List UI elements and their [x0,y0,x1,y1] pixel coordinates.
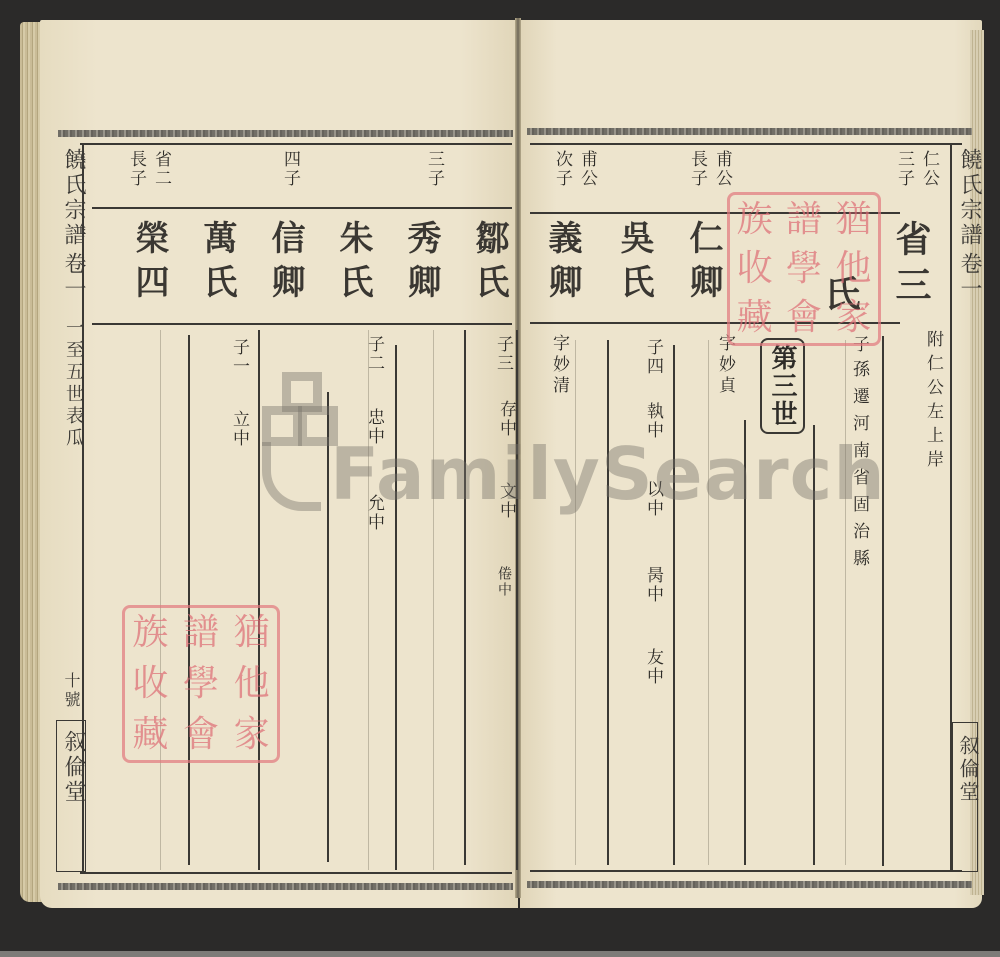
left-top-border [58,130,513,137]
familysearch-watermark: FamilySearch [330,432,886,516]
entry-header: 長子 [688,150,705,188]
column-line [395,345,397,870]
entry-header: 四子 [281,150,298,188]
sons-count: 子三 [494,335,511,373]
left-row1-rule [92,207,512,209]
seal-char: 猶 [234,615,270,651]
seal-char: 他 [835,251,871,287]
person-name: 朱氏 [336,220,370,308]
sons-count: 子二 [365,335,382,373]
seal-char: 藏 [737,300,773,336]
column-line-faint [160,330,161,870]
person-name: 省三 [893,220,929,312]
entry-header: 仁公 [920,150,937,188]
person-name: 榮四 [132,220,166,308]
entry-header: 甫公 [713,150,730,188]
column-line [258,330,260,870]
column-line-faint [433,330,434,870]
seal-char: 家 [835,300,871,336]
collection-seal-stamp: 猶 他 家 譜 學 會 族 收 藏 [122,605,280,763]
right-hall-box [952,722,978,872]
person-name: 吳氏 [617,220,651,308]
person-name: 秀卿 [404,220,438,308]
left-footer-rule [80,872,512,874]
son-name: 友中 [644,648,661,686]
right-margin-volume: 卷一 [954,252,985,302]
column-line [516,330,518,870]
column-line-faint [845,340,846,865]
seal-char: 猶 [835,202,871,238]
entry-header: 甫公 [578,150,595,188]
left-margin-section: 一至五世表瓜 [60,318,86,450]
entry-header: 三子 [425,150,442,188]
person-name: 萬氏 [200,220,234,308]
column-line [188,335,190,865]
left-row2-rule [92,323,512,325]
seal-char: 會 [183,717,219,753]
column-line-faint [575,340,576,865]
person-name: 信卿 [268,220,302,308]
left-header-rule [80,143,512,145]
seal-char: 收 [737,251,773,287]
son-name: 倦中 [497,566,511,598]
column-line-faint [708,340,709,865]
seal-char: 族 [132,615,168,651]
courtesy-name: 字妙清 [550,334,567,397]
seal-char: 譜 [786,202,822,238]
sons-count: 子四 [644,338,661,376]
person-name: 仁卿 [686,220,720,308]
left-bottom-border [58,883,513,890]
seal-char: 學 [183,666,219,702]
annotation: 附仁公左上岸 [924,330,941,474]
son-name: 立中 [230,410,247,448]
seal-char: 學 [786,251,822,287]
left-hall-box [56,720,86,872]
sons-count: 子一 [230,338,247,376]
column-line [464,330,466,865]
left-margin-volume: 卷一 [58,252,89,302]
right-top-border [527,128,972,135]
right-footer-rule [530,870,962,872]
entry-header: 三子 [895,150,912,188]
seal-char: 族 [737,202,773,238]
entry-header: 省二 [152,150,169,188]
right-header-rule [530,143,962,145]
seal-char: 收 [132,666,168,702]
seal-char: 譜 [183,615,219,651]
seal-char: 家 [234,717,270,753]
familysearch-tree-logo-icon [262,372,332,502]
column-line [607,340,609,865]
collection-seal-stamp: 猶 他 家 譜 學 會 族 收 藏 [727,192,881,346]
right-bottom-border [527,881,972,888]
person-name: 鄒氏 [472,220,506,308]
seal-char: 他 [234,666,270,702]
viewer-bottom-bar [0,951,1000,957]
left-margin-title: 饒氏宗譜 [58,148,89,248]
person-name: 義卿 [545,220,579,308]
right-margin-title: 饒氏宗譜 [954,148,985,248]
left-margin-number: 十號 [60,672,83,710]
son-name: 昺中 [644,566,661,604]
entry-header: 長子 [127,150,144,188]
entry-header: 次子 [553,150,570,188]
seal-char: 藏 [132,717,168,753]
seal-char: 會 [786,300,822,336]
column-line [673,345,675,865]
column-line [882,336,884,866]
generation-badge: 第三世 [760,338,805,434]
